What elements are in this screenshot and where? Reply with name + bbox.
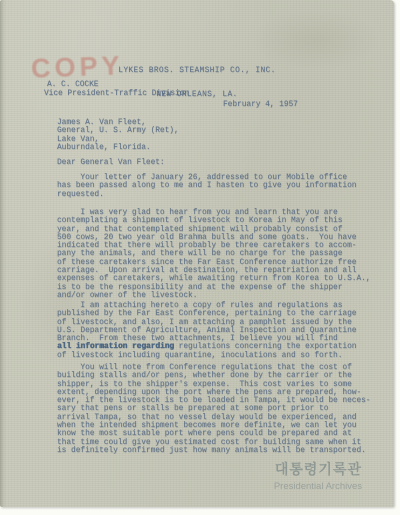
- body-line: has been passed along to me and I hasten…: [57, 182, 356, 190]
- letterhead-company: LYKES BROS. STEAMSHIP CO., INC.: [0, 67, 394, 75]
- body-line: that time could give you estimated cost …: [57, 439, 371, 447]
- body-line: all information regarding regulations co…: [57, 343, 356, 351]
- body-line: contemplating a shipment of livestock to…: [57, 217, 371, 225]
- paragraph-2: I was very glad to hear from you and lea…: [57, 209, 371, 300]
- body-line: General, U. S. Army (Ret),: [57, 127, 179, 135]
- body-line: building stalls and/or pens, whether don…: [57, 372, 371, 380]
- officer-title: Vice President-Traffic Division: [44, 90, 189, 98]
- body-line: 500 cows, 20 two year old Brahma bulls a…: [57, 234, 371, 242]
- body-line: expenses of caretakers, while awaiting r…: [57, 275, 371, 283]
- paragraph-4: You will note from Conference regulation…: [57, 364, 371, 455]
- body-line: Auburndale, Florida.: [57, 144, 179, 152]
- body-line: year, and that contemplated shipment wil…: [57, 226, 371, 234]
- recipient-address: James A. Van Fleet,General, U. S. Army (…: [57, 119, 179, 152]
- body-line: and/or owner of the livestock.: [57, 292, 371, 300]
- body-line: requested.: [57, 191, 356, 199]
- paragraph-1: Your letter of January 26, addressed to …: [57, 174, 356, 199]
- body-line: of these caretakers since the Far East C…: [57, 259, 371, 267]
- paragraph-3: I am attaching hereto a copy of rules an…: [57, 302, 356, 360]
- body-line: arrival Tampa, so that no vessel delay w…: [57, 414, 371, 422]
- letter-page: COPY LYKES BROS. STEAMSHIP CO., INC. NEW…: [0, 0, 394, 507]
- archives-watermark-english: Presidential Archives: [274, 481, 362, 492]
- salutation: Dear General Van Fleet:: [57, 159, 165, 167]
- archives-watermark-korean: 대통령기록관: [275, 462, 362, 478]
- letter-date: February 4, 1957: [223, 101, 298, 109]
- body-line: U.S. Department of Agriculture, Animal I…: [57, 327, 356, 335]
- officer-name: A. C. COCKE: [47, 81, 98, 89]
- body-line: Lake Van,: [57, 136, 179, 144]
- body-line: extent, depending upon the port where th…: [57, 389, 371, 397]
- body-line: published by the Far East Conference, pe…: [57, 310, 356, 318]
- body-line: is definitely confirmed just how many an…: [57, 447, 371, 455]
- body-line: is to be the responsibility and at the e…: [57, 284, 371, 292]
- body-line: of livestock including quarantine, inocu…: [57, 352, 356, 360]
- body-line: shipper, is to the shipper's expense. Th…: [57, 381, 371, 389]
- body-line: of livestock, and also, I am attaching a…: [57, 319, 356, 327]
- body-line: pany the animals, and there will be no c…: [57, 250, 371, 258]
- scan-background: COPY LYKES BROS. STEAMSHIP CO., INC. NEW…: [0, 0, 400, 515]
- body-line: sary that pens or stalls be prepared at …: [57, 405, 371, 413]
- body-line: know the most suitable port where pens c…: [57, 430, 371, 438]
